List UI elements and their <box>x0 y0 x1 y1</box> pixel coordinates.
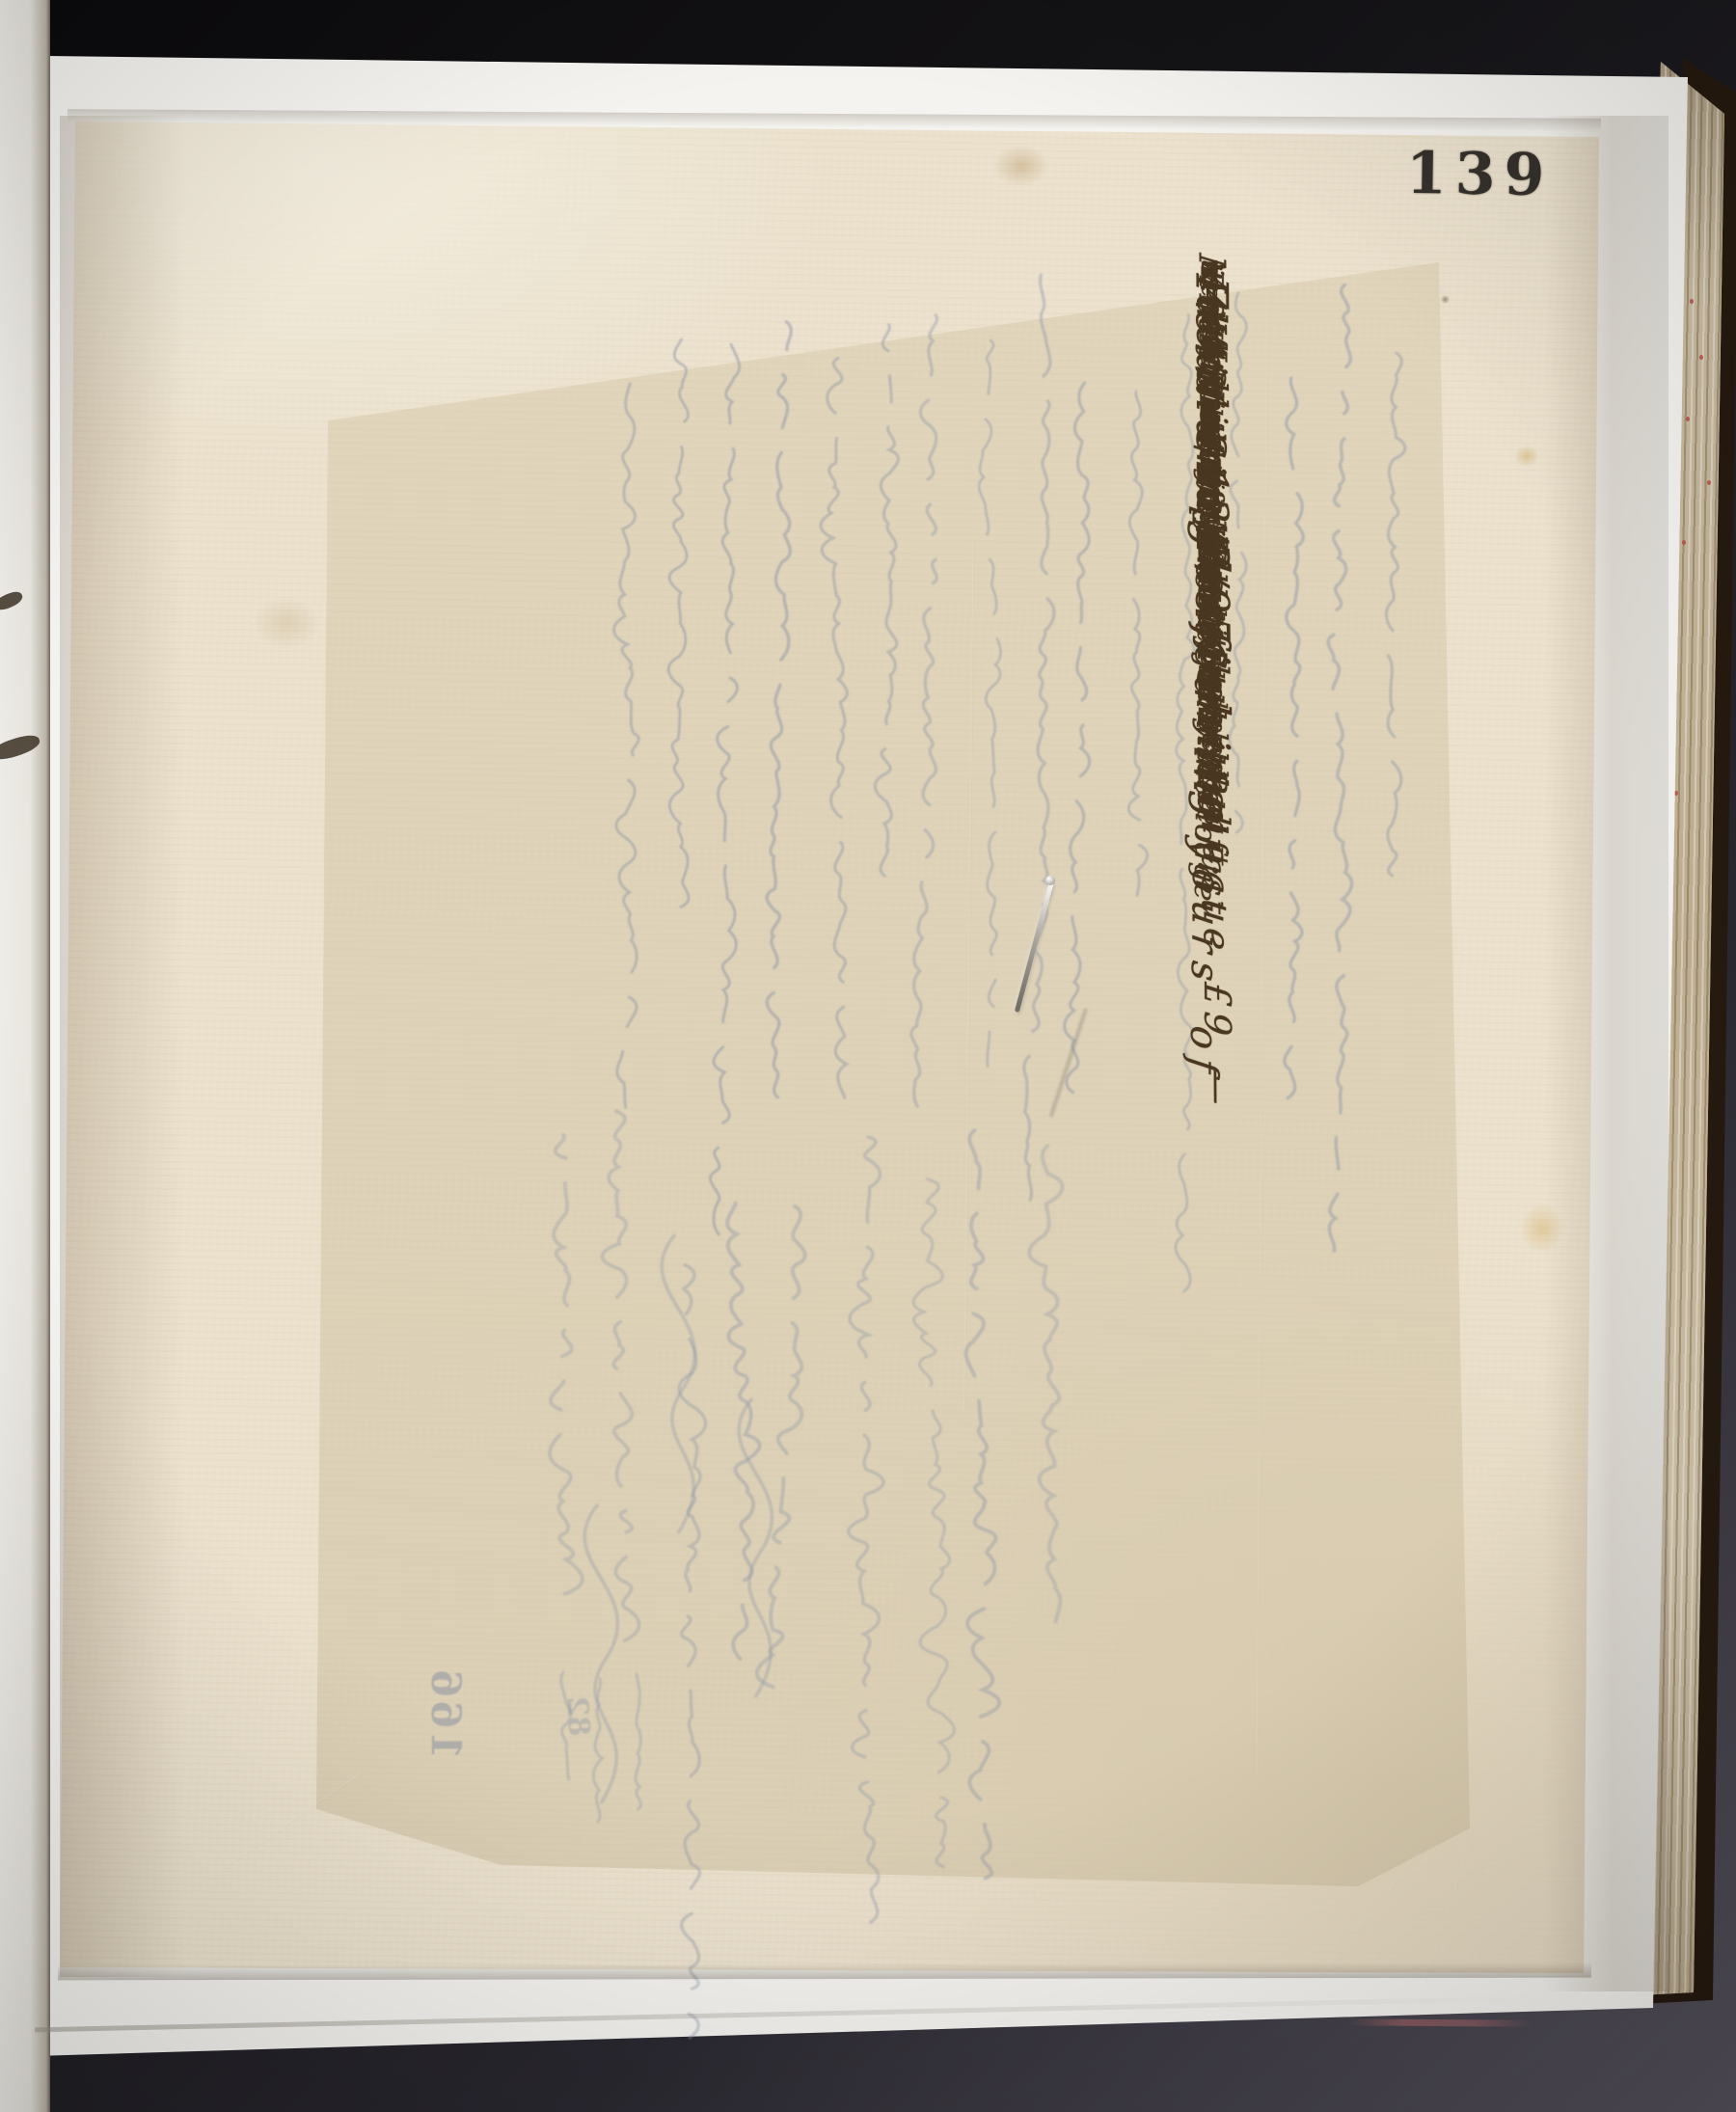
photo-vignette <box>0 0 1736 2112</box>
letterbook-photograph: 166 82 13/2/95Fermanagh fishing :dear Si… <box>0 0 1736 2112</box>
